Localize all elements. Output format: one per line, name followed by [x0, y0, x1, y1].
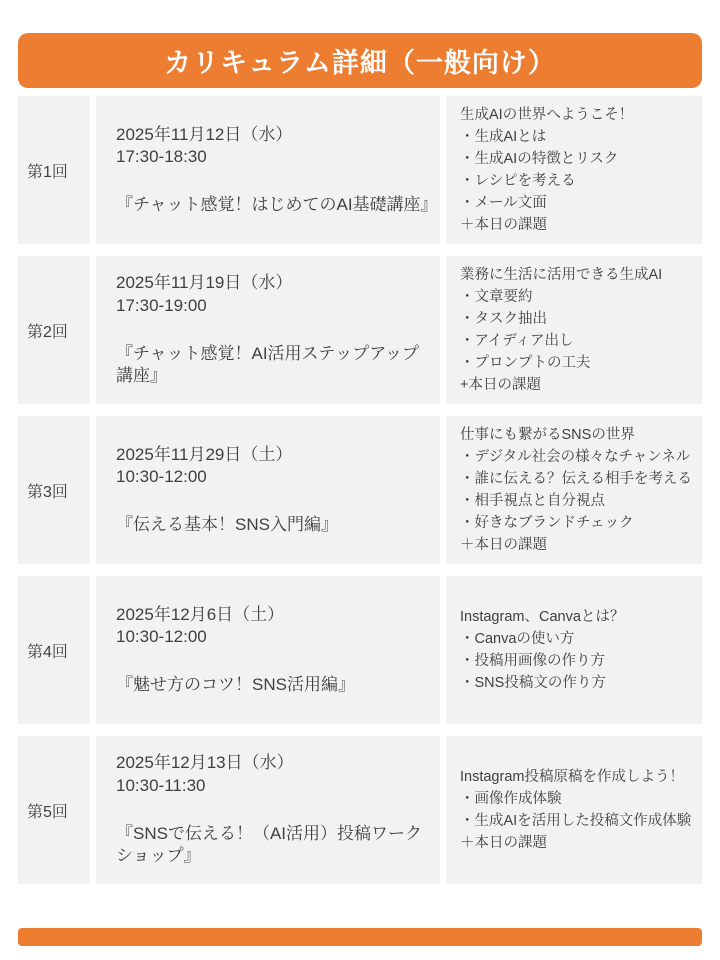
table-row: 第1回 2025年11月12日（水） 17:30-18:30 『チャット感覚！は… [18, 96, 702, 244]
session-time: 10:30-11:30 [116, 775, 432, 797]
schedule-cell: 2025年11月19日（水） 17:30-19:00 『チャット感覚！AI活用ス… [96, 256, 440, 404]
session-date: 2025年12月6日（土） [116, 604, 432, 626]
page-title: カリキュラム詳細（一般向け） [164, 41, 556, 80]
session-date: 2025年12月13日（水） [116, 752, 432, 774]
session-date: 2025年11月29日（土） [116, 444, 432, 466]
session-datetime: 2025年12月13日（水） 10:30-11:30 [116, 752, 432, 797]
schedule-cell: 2025年12月6日（土） 10:30-12:00 『魅せ方のコツ！SNS活用編… [96, 576, 440, 724]
session-label: 第2回 [18, 256, 90, 404]
content-cell: Instagram、Canvaとは？ ・Canvaの使い方 ・投稿用画像の作り方… [446, 576, 702, 724]
footer-accent-bar [18, 928, 702, 946]
schedule-cell: 2025年12月13日（水） 10:30-11:30 『SNSで伝える！（AI活… [96, 736, 440, 884]
schedule-cell: 2025年11月29日（土） 10:30-12:00 『伝える基本！SNS入門編… [96, 416, 440, 564]
session-datetime: 2025年11月19日（水） 17:30-19:00 [116, 272, 432, 317]
table-row: 第4回 2025年12月6日（土） 10:30-12:00 『魅せ方のコツ！SN… [18, 576, 702, 724]
course-title: 『SNSで伝える！（AI活用）投稿ワークショップ』 [116, 823, 432, 867]
session-date: 2025年11月12日（水） [116, 124, 432, 146]
content-cell: Instagram投稿原稿を作成しよう！ ・画像作成体験 ・生成AIを活用した投… [446, 736, 702, 884]
session-label: 第4回 [18, 576, 90, 724]
content-cell: 業務に生活に活用できる生成AI ・文章要約 ・タスク抽出 ・アイディア出し ・プ… [446, 256, 702, 404]
schedule-cell: 2025年11月12日（水） 17:30-18:30 『チャット感覚！はじめての… [96, 96, 440, 244]
content-cell: 仕事にも繋がるSNSの世界 ・デジタル社会の様々なチャンネル ・誰に伝える？伝え… [446, 416, 702, 564]
table-row: 第5回 2025年12月13日（水） 10:30-11:30 『SNSで伝える！… [18, 736, 702, 884]
course-title: 『魅せ方のコツ！SNS活用編』 [116, 674, 432, 696]
session-datetime: 2025年12月6日（土） 10:30-12:00 [116, 604, 432, 649]
session-time: 10:30-12:00 [116, 626, 432, 648]
session-label: 第5回 [18, 736, 90, 884]
curriculum-page: カリキュラム詳細（一般向け） 第1回 2025年11月12日（水） 17:30-… [0, 0, 720, 960]
session-time: 17:30-18:30 [116, 146, 432, 168]
curriculum-table: 第1回 2025年11月12日（水） 17:30-18:30 『チャット感覚！は… [18, 96, 702, 884]
course-title: 『チャット感覚！AI活用ステップアップ講座』 [116, 343, 432, 387]
session-time: 17:30-19:00 [116, 295, 432, 317]
session-label: 第1回 [18, 96, 90, 244]
course-title: 『伝える基本！SNS入門編』 [116, 514, 432, 536]
session-date: 2025年11月19日（水） [116, 272, 432, 294]
table-row: 第3回 2025年11月29日（土） 10:30-12:00 『伝える基本！SN… [18, 416, 702, 564]
content-cell: 生成AIの世界へようこそ！ ・生成AIとは ・生成AIの特徴とリスク ・レシピを… [446, 96, 702, 244]
header-banner: カリキュラム詳細（一般向け） [18, 33, 702, 88]
session-datetime: 2025年11月29日（土） 10:30-12:00 [116, 444, 432, 489]
table-row: 第2回 2025年11月19日（水） 17:30-19:00 『チャット感覚！A… [18, 256, 702, 404]
session-datetime: 2025年11月12日（水） 17:30-18:30 [116, 124, 432, 169]
session-time: 10:30-12:00 [116, 466, 432, 488]
session-label: 第3回 [18, 416, 90, 564]
course-title: 『チャット感覚！はじめてのAI基礎講座』 [116, 194, 432, 216]
